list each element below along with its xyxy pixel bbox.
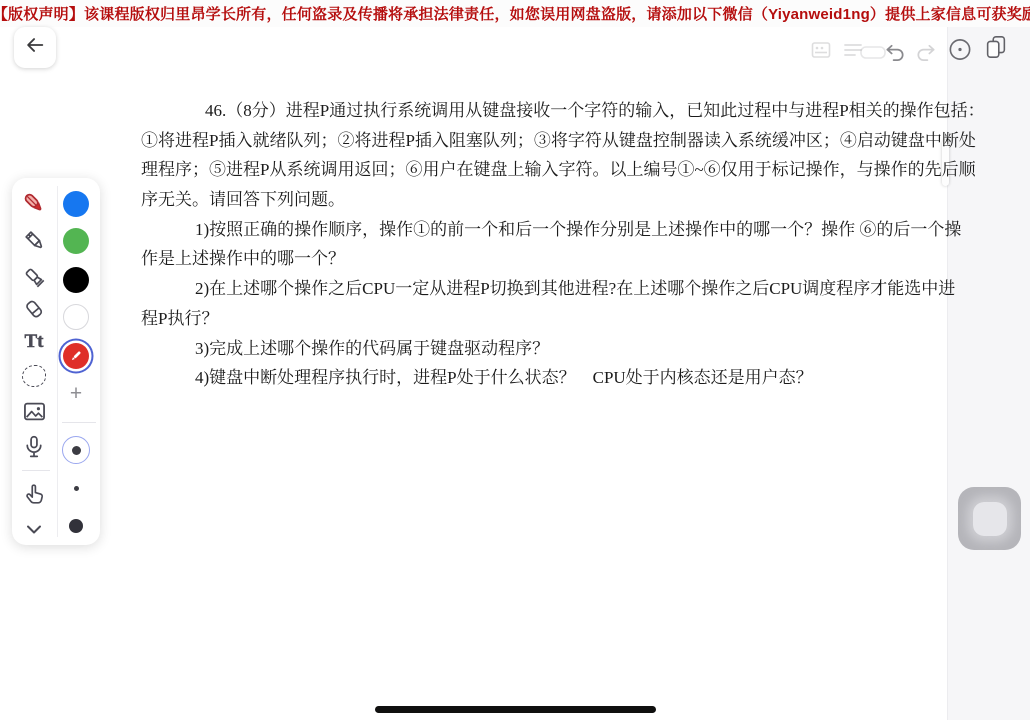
tool-palette: Tt + <box>12 178 100 545</box>
stroke-small-dot <box>74 486 79 491</box>
color-swatch-black[interactable] <box>63 267 89 293</box>
microphone-tool[interactable] <box>19 432 49 462</box>
copyright-banner-text: 【版权声明】该课程版权归里昂学长所有，任何盗录及传播将承担法律责任，如您误用网盘… <box>0 3 1030 24</box>
grid-icon[interactable] <box>808 37 834 63</box>
color-swatch-white[interactable] <box>63 304 89 330</box>
text-tool-label: Tt <box>25 331 44 353</box>
color-swatch-green[interactable] <box>63 228 89 254</box>
eraser-icon <box>21 296 48 323</box>
doc-line: 46.（8分）进程P通过执行系统调用从键盘接收一个字符的输入，已知此过程中与进程… <box>141 96 931 126</box>
back-arrow-icon <box>24 34 46 61</box>
highlighter-icon <box>21 264 48 291</box>
hand-tool[interactable] <box>19 478 49 508</box>
stroke-size-small[interactable] <box>64 476 88 500</box>
lasso-icon <box>22 365 46 387</box>
image-tool[interactable] <box>19 396 49 426</box>
image-icon <box>21 398 48 425</box>
microphone-icon <box>21 434 47 460</box>
pen-glyph-icon <box>68 348 84 364</box>
highlighter-tool[interactable] <box>19 262 49 292</box>
stroke-size-large[interactable] <box>64 514 88 538</box>
plus-icon: + <box>70 382 82 406</box>
text-tool[interactable]: Tt <box>19 327 49 357</box>
doc-line: 程P执行？ <box>141 304 931 334</box>
chevron-down-icon <box>22 517 46 541</box>
record-icon[interactable] <box>947 36 973 62</box>
pencil-icon <box>21 227 48 254</box>
back-button[interactable] <box>14 27 56 68</box>
copyright-banner: 【版权声明】该课程版权归里昂学长所有，任何盗录及传播将承担法律责任，如您误用网盘… <box>0 0 1030 27</box>
pages-icon[interactable] <box>983 34 1009 60</box>
home-indicator[interactable] <box>375 706 656 713</box>
stroke-medium-dot <box>72 446 81 455</box>
doc-line: 4)键盘中断处理程序执行时，进程P处于什么状态？ CPU处于内核态还是用户态？ <box>141 363 931 393</box>
lasso-tool[interactable] <box>19 361 49 391</box>
doc-line: 1)按照正确的操作顺序，操作①的前一个和后一个操作分别是上述操作中的哪一个？操作… <box>141 215 931 245</box>
hand-icon <box>21 480 48 507</box>
add-color-button[interactable]: + <box>63 381 89 407</box>
strokes-divider <box>62 422 96 423</box>
undo-icon[interactable] <box>882 39 908 65</box>
collapse-palette-button[interactable] <box>19 514 49 544</box>
pen-tool-selected[interactable] <box>19 188 49 218</box>
redo-icon[interactable] <box>912 39 938 65</box>
doc-line: 序无关。请回答下列问题。 <box>141 185 931 215</box>
assistive-touch-inner-circle <box>973 502 1007 536</box>
doc-line: 2)在上述哪个操作之后CPU一定从进程P切换到其他进程?在上述哪个操作之后CPU… <box>141 274 931 304</box>
pen-icon <box>20 189 48 217</box>
color-swatch-blue[interactable] <box>63 191 89 217</box>
document-page: 46.（8分）进程P通过执行系统调用从键盘接收一个字符的输入，已知此过程中与进程… <box>141 96 931 393</box>
stroke-size-medium-selected[interactable] <box>62 436 90 464</box>
palette-divider <box>57 186 58 537</box>
color-swatch-red-selected[interactable] <box>63 343 89 369</box>
assistive-touch-button[interactable] <box>958 487 1021 550</box>
stroke-large-dot <box>69 519 83 533</box>
doc-line: 理程序；⑤进程P从系统调用返回；⑥用户在键盘上输入字符。以上编号①~⑥仅用于标记… <box>141 155 931 185</box>
doc-line: 3)完成上述哪个操作的代码属于键盘驱动程序？ <box>141 334 931 364</box>
doc-line: 作是上述操作中的哪一个？ <box>141 244 931 274</box>
tools-divider <box>22 470 50 471</box>
pencil-tool[interactable] <box>19 225 49 255</box>
eraser-tool[interactable] <box>19 294 49 324</box>
doc-line: ①将进程P插入就绪队列；②将进程P插入阻塞队列；③将字符从键盘控制器读入系统缓冲… <box>141 126 931 156</box>
